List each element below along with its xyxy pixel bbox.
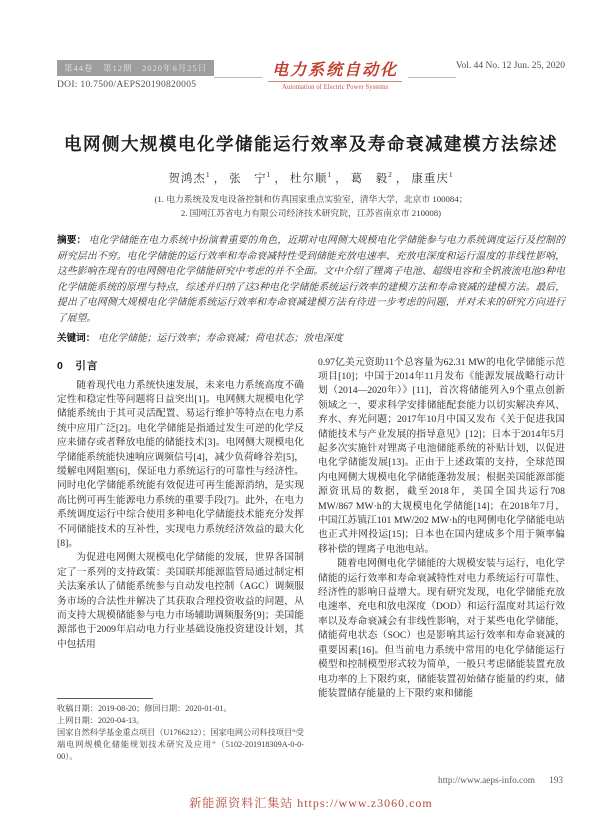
right-column: 0.97亿美元资助11个总容量为62.31 MW的电化学储能示范项目[10]；中…: [318, 356, 565, 764]
volume-label: Vol. 44 No. 12 Jun. 25, 2020: [456, 61, 565, 71]
affiliation-line: 2. 国网江苏省电力有限公司经济技术研究院，江苏省南京市 210008): [57, 207, 565, 221]
abstract: 摘要： 电化学储能在电力系统中扮演着重要的角色，近期对电网侧大规模电化学储能参与…: [57, 233, 565, 327]
abstract-label: 摘要：: [57, 235, 86, 246]
footnote-received-date: 收稿日期：2019-08-20；修回日期：2020-01-01。: [57, 703, 304, 715]
journal-logo: 电力系统自动化 Automation of Electric Power Sys…: [262, 57, 408, 91]
author-name: 康重庆1: [411, 173, 453, 185]
footnote-divider: [57, 698, 153, 699]
header-rule-right: [408, 77, 456, 78]
journal-name-cn: 电力系统自动化: [268, 57, 402, 82]
author-name: 葛 毅2: [351, 173, 393, 185]
page-footer: http://www.aeps-info.com 193: [57, 776, 565, 786]
journal-header: 第44卷 第12期 2020年6月25日 DOI: 10.7500/AEPS20…: [57, 60, 565, 91]
footnote-block: 收稿日期：2019-08-20；修回日期：2020-01-01。 上网日期：20…: [57, 694, 304, 764]
author-name: 杜尔顺1: [290, 173, 332, 185]
body-paragraph: 为促进电网侧大规模电化学储能的发展，世界各国制定了一系列的支持政策：美国联邦能源…: [57, 551, 304, 652]
author-separator: ，: [393, 173, 412, 185]
journal-name-en: Automation of Electric Power Systems: [268, 84, 402, 91]
body-paragraph: 0.97亿美元资助11个总容量为62.31 MW的电化学储能示范项目[10]；中…: [318, 356, 565, 558]
affiliation-line: (1. 电力系统及发电设备控制和仿真国家重点实验室，清华大学，北京市 10008…: [57, 193, 565, 207]
body-paragraph: 随着现代电力系统快速发展，未来电力系统高度不确定性和稳定性等问题将日益突出[1]…: [57, 379, 304, 552]
journal-url: http://www.aeps-info.com: [438, 776, 535, 786]
header-rule-left: [214, 77, 262, 78]
affiliations: (1. 电力系统及发电设备控制和仿真国家重点实验室，清华大学，北京市 10008…: [57, 193, 565, 220]
author-name: 张 宁1: [229, 173, 271, 185]
section-heading: 0 引言: [57, 358, 304, 373]
author-separator: ，: [271, 173, 290, 185]
author-separator: ，: [211, 173, 230, 185]
author-name: 贺鸿杰1: [168, 173, 210, 185]
author-line: 贺鸿杰1，张 宁1，杜尔顺1，葛 毅2，康重庆1: [57, 170, 565, 186]
issue-label: 第44卷 第12期 2020年6月25日: [57, 60, 214, 76]
body-columns: 0 引言 随着现代电力系统快速发展，未来电力系统高度不确定性和稳定性等问题将日益…: [57, 356, 565, 764]
author-separator: ，: [332, 173, 351, 185]
header-left-block: 第44卷 第12期 2020年6月25日 DOI: 10.7500/AEPS20…: [57, 60, 214, 90]
left-column: 0 引言 随着现代电力系统快速发展，未来电力系统高度不确定性和稳定性等问题将日益…: [57, 356, 304, 764]
keywords: 关键词： 电化学储能；运行效率；寿命衰减；荷电状态；放电深度: [57, 330, 565, 344]
keywords-text: 电化学储能；运行效率；寿命衰减；荷电状态；放电深度: [98, 333, 343, 344]
doi-text: DOI: 10.7500/AEPS20190820005: [57, 80, 214, 90]
page-number: 193: [549, 776, 563, 786]
watermark-text: 新能源资料汇集站 https://www.z3060.com: [57, 794, 565, 811]
paper-title: 电网侧大规模电化学储能运行效率及寿命衰减建模方法综述: [57, 131, 565, 156]
footnote-online-date: 上网日期：2020-04-13。: [57, 715, 304, 727]
abstract-text: 电化学储能在电力系统中扮演着重要的角色，近期对电网侧大规模电化学储能参与电力系统…: [57, 235, 565, 324]
footnote-funding: 国家自然科学基金重点项目（U1766212）；国家电网公司科技项目“受端电网规模…: [57, 727, 304, 764]
body-paragraph: 随着电网侧电化学储能的大规模安装与运行，电化学储能的运行效率和寿命衰减特性对电力…: [318, 557, 565, 701]
keywords-label: 关键词：: [57, 333, 95, 344]
paper-page: 第44卷 第12期 2020年6月25日 DOI: 10.7500/AEPS20…: [0, 0, 613, 825]
